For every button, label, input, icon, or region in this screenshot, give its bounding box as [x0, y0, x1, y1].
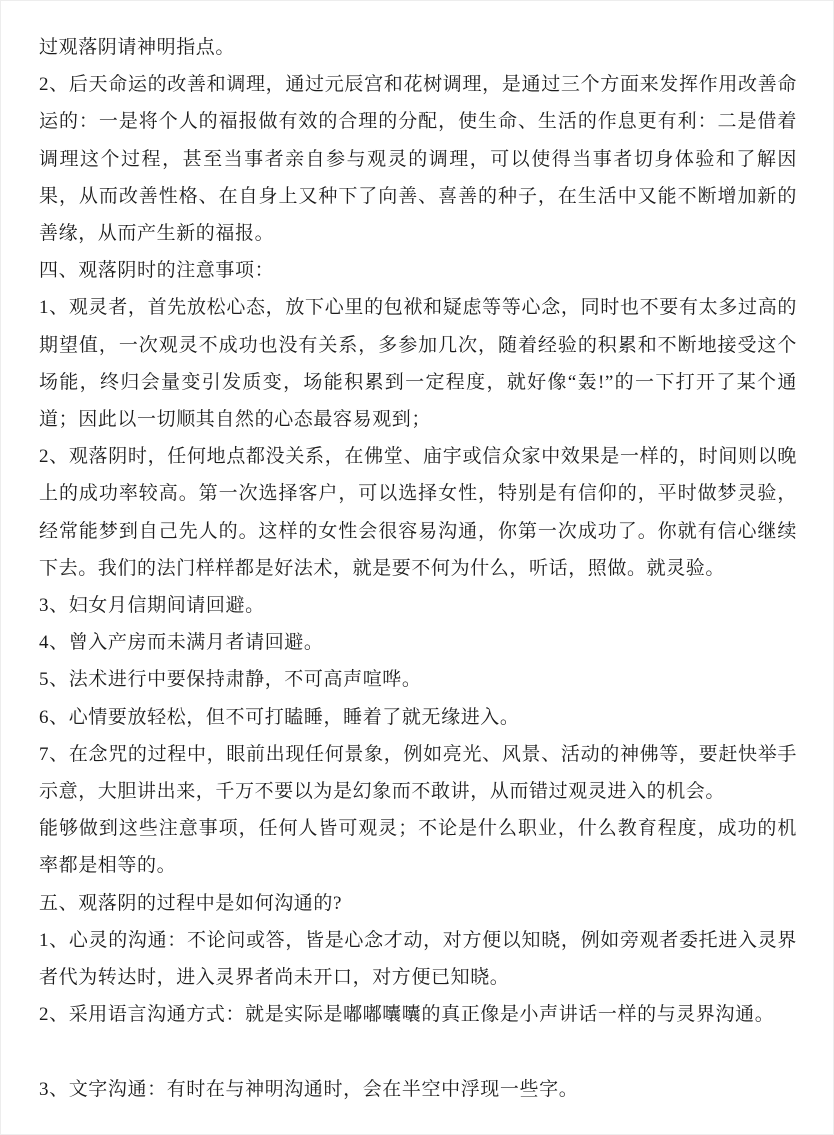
- paragraph: 3、妇女月信期间请回避。: [39, 587, 797, 624]
- document-page: 过观落阴请神明指点。2、后天命运的改善和调理，通过元辰宫和花树调理，是通过三个方…: [0, 0, 834, 1135]
- paragraph: 四、观落阴时的注意事项：: [39, 252, 797, 289]
- paragraph: 过观落阴请神明指点。: [39, 29, 797, 66]
- paragraph: 五、观落阴的过程中是如何沟通的?: [39, 885, 797, 922]
- paragraph: 2、后天命运的改善和调理，通过元辰宫和花树调理，是通过三个方面来发挥作用改善命运…: [39, 66, 797, 252]
- paragraph: 3、文字沟通：有时在与神明沟通时，会在半空中浮现一些字。: [39, 1071, 797, 1108]
- paragraph: 4、曾入产房而未满月者请回避。: [39, 624, 797, 661]
- paragraph: 1、观灵者，首先放松心态，放下心里的包袱和疑虑等等心念，同时也不要有太多过高的期…: [39, 289, 797, 438]
- paragraph: 2、观落阴时，任何地点都没关系，在佛堂、庙宇或信众家中效果是一样的，时间则以晚上…: [39, 438, 797, 587]
- paragraph: 6、心情要放轻松，但不可打瞌睡，睡着了就无缘进入。: [39, 699, 797, 736]
- paragraph: [39, 1033, 797, 1070]
- paragraph: 2、采用语言沟通方式：就是实际是嘟嘟囔囔的真正像是小声讲话一样的与灵界沟通。: [39, 996, 797, 1033]
- paragraph: 能够做到这些注意事项，任何人皆可观灵；不论是什么职业，什么教育程度，成功的机率都…: [39, 810, 797, 884]
- paragraph: 7、在念咒的过程中，眼前出现任何景象，例如亮光、风景、活动的神佛等，要赶快举手示…: [39, 736, 797, 810]
- paragraph: 1、心灵的沟通：不论问或答，皆是心念才动，对方便以知晓，例如旁观者委托进入灵界者…: [39, 922, 797, 996]
- paragraph: 5、法术进行中要保持肃静，不可高声喧哗。: [39, 661, 797, 698]
- document-body: 过观落阴请神明指点。2、后天命运的改善和调理，通过元辰宫和花树调理，是通过三个方…: [39, 29, 797, 1108]
